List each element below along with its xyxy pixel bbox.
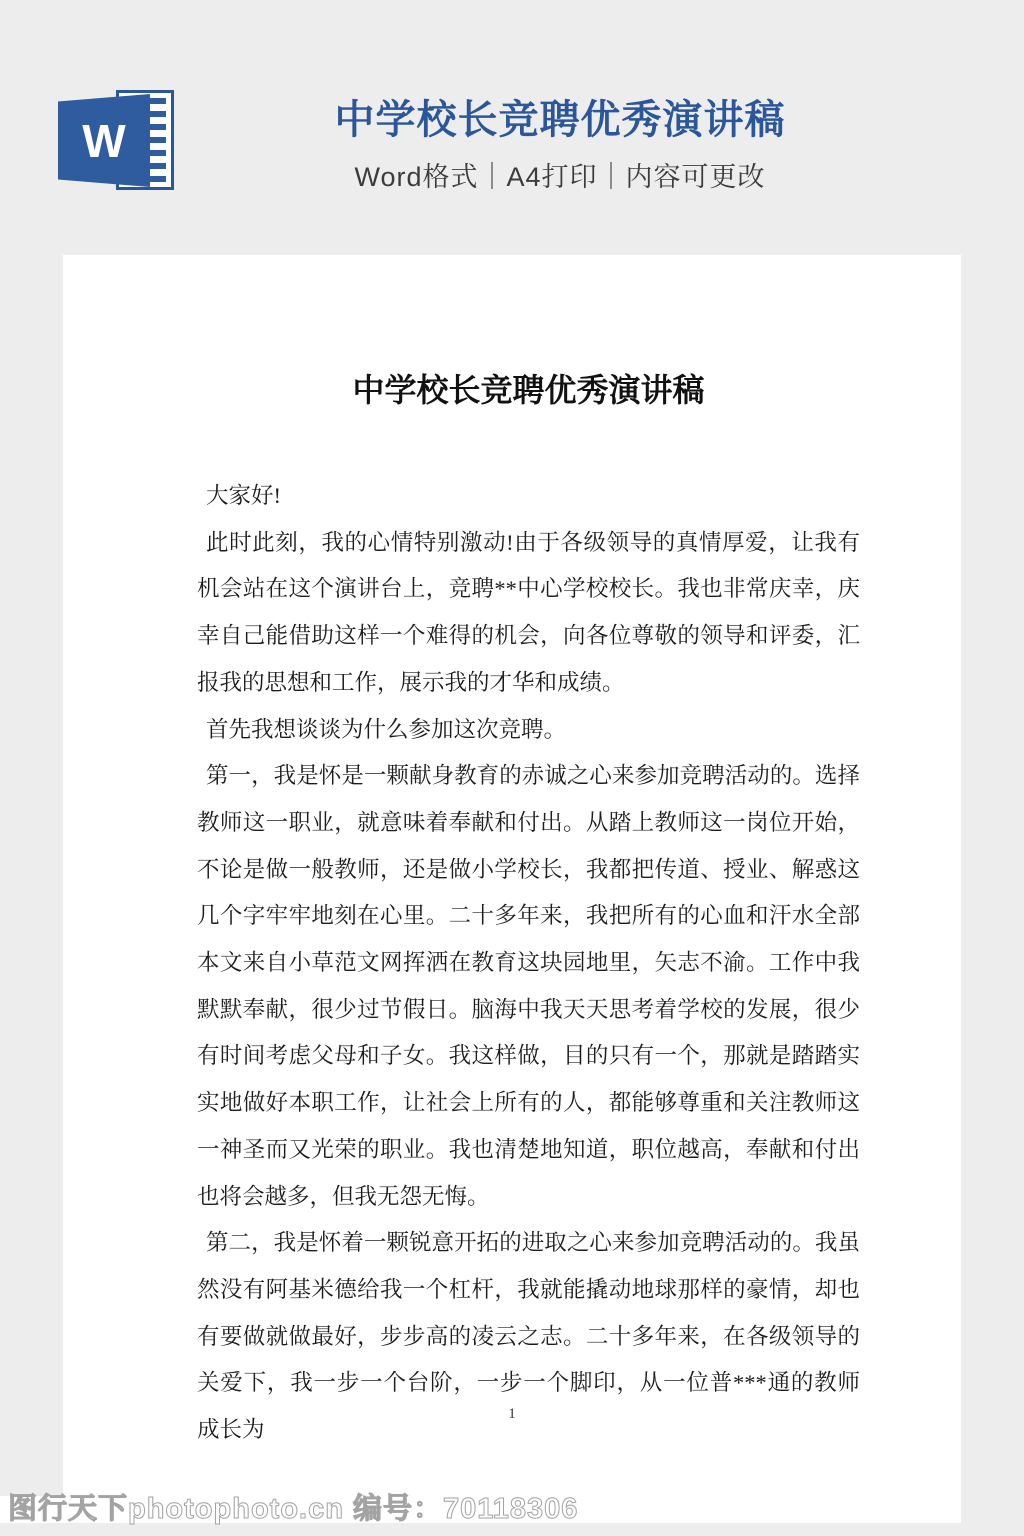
- watermark-text: 图行天下photophoto.cn 编号：70118306: [8, 1493, 578, 1525]
- document-title: 中学校长竞聘优秀演讲稿: [197, 367, 860, 413]
- watermark-bar: 图行天下photophoto.cn 编号：70118306: [0, 1496, 961, 1523]
- header-title: 中学校长竞聘优秀演讲稿: [96, 88, 1024, 145]
- document-body: 大家好!此时此刻，我的心情特别激动!由于各级领导的真情厚爱，让我有机会站在这个演…: [197, 473, 860, 1454]
- header-subtitle: Word格式｜A4打印｜内容可更改: [96, 155, 1024, 194]
- paragraph: 大家好!: [197, 473, 860, 520]
- header: W 中学校长竞聘优秀演讲稿 Word格式｜A4打印｜内容可更改: [0, 0, 1024, 255]
- paragraph: 首先我想谈谈为什么参加这次竞聘。: [197, 707, 860, 754]
- document-page: 中学校长竞聘优秀演讲稿 大家好!此时此刻，我的心情特别激动!由于各级领导的真情厚…: [63, 255, 961, 1523]
- page-number: 1: [63, 1406, 961, 1423]
- paragraph: 此时此刻，我的心情特别激动!由于各级领导的真情厚爱，让我有机会站在这个演讲台上，…: [197, 520, 860, 707]
- template-preview-canvas: W 中学校长竞聘优秀演讲稿 Word格式｜A4打印｜内容可更改 中学校长竞聘优秀…: [0, 0, 1024, 1536]
- paragraph: 第一，我是怀是一颗献身教育的赤诚之心来参加竞聘活动的。选择教师这一职业，就意味着…: [197, 753, 860, 1220]
- header-text: 中学校长竞聘优秀演讲稿 Word格式｜A4打印｜内容可更改: [96, 0, 1024, 194]
